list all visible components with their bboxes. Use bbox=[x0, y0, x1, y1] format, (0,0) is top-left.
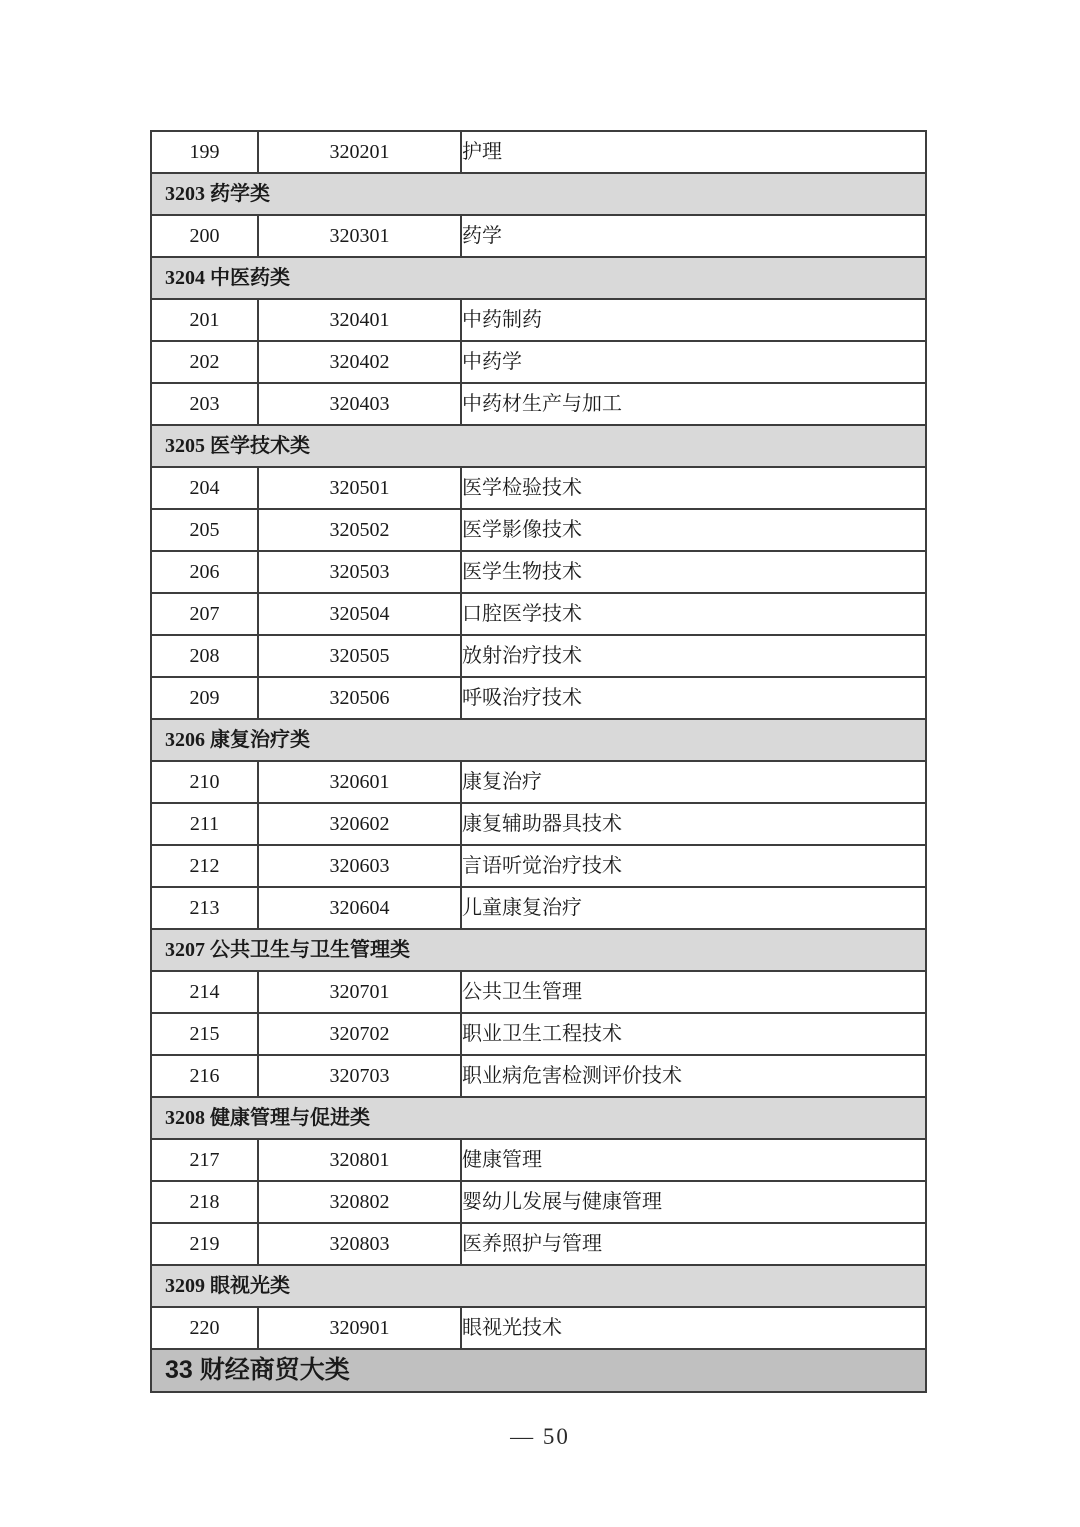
major-code: 320502 bbox=[258, 509, 461, 551]
table-row: 215 320702 职业卫生工程技术 bbox=[151, 1013, 926, 1055]
major-seq-number: 217 bbox=[151, 1139, 258, 1181]
major-code: 320506 bbox=[258, 677, 461, 719]
major-code: 320803 bbox=[258, 1223, 461, 1265]
table-row: 199 320201 护理 bbox=[151, 131, 926, 173]
major-name: 中药学 bbox=[461, 341, 926, 383]
major-seq-number: 207 bbox=[151, 593, 258, 635]
major-seq-number: 210 bbox=[151, 761, 258, 803]
table-row: 204 320501 医学检验技术 bbox=[151, 467, 926, 509]
major-name: 医学影像技术 bbox=[461, 509, 926, 551]
table-row: 219 320803 医养照护与管理 bbox=[151, 1223, 926, 1265]
major-name: 儿童康复治疗 bbox=[461, 887, 926, 929]
table-row: 208 320505 放射治疗技术 bbox=[151, 635, 926, 677]
table-row: 214 320701 公共卫生管理 bbox=[151, 971, 926, 1013]
category-header-label: 3208 健康管理与促进类 bbox=[151, 1097, 926, 1139]
major-name: 呼吸治疗技术 bbox=[461, 677, 926, 719]
table-row: 205 320502 医学影像技术 bbox=[151, 509, 926, 551]
category-header-row: 3205 医学技术类 bbox=[151, 425, 926, 467]
major-code: 320401 bbox=[258, 299, 461, 341]
major-name: 医学生物技术 bbox=[461, 551, 926, 593]
table-row: 212 320603 言语听觉治疗技术 bbox=[151, 845, 926, 887]
table-row: 211 320602 康复辅助器具技术 bbox=[151, 803, 926, 845]
major-seq-number: 220 bbox=[151, 1307, 258, 1349]
major-code: 320602 bbox=[258, 803, 461, 845]
table-row: 202 320402 中药学 bbox=[151, 341, 926, 383]
category-header-row: 3206 康复治疗类 bbox=[151, 719, 926, 761]
major-name: 中药材生产与加工 bbox=[461, 383, 926, 425]
major-code: 320701 bbox=[258, 971, 461, 1013]
major-name: 医养照护与管理 bbox=[461, 1223, 926, 1265]
major-code: 320301 bbox=[258, 215, 461, 257]
major-code: 320802 bbox=[258, 1181, 461, 1223]
major-code: 320703 bbox=[258, 1055, 461, 1097]
major-name: 婴幼儿发展与健康管理 bbox=[461, 1181, 926, 1223]
major-code: 320702 bbox=[258, 1013, 461, 1055]
major-code: 320201 bbox=[258, 131, 461, 173]
major-seq-number: 200 bbox=[151, 215, 258, 257]
major-seq-number: 201 bbox=[151, 299, 258, 341]
major-name: 医学检验技术 bbox=[461, 467, 926, 509]
table-row: 209 320506 呼吸治疗技术 bbox=[151, 677, 926, 719]
category-header-row: 3203 药学类 bbox=[151, 173, 926, 215]
major-code: 320402 bbox=[258, 341, 461, 383]
major-seq-number: 203 bbox=[151, 383, 258, 425]
major-seq-number: 202 bbox=[151, 341, 258, 383]
major-seq-number: 216 bbox=[151, 1055, 258, 1097]
major-seq-number: 218 bbox=[151, 1181, 258, 1223]
major-name: 护理 bbox=[461, 131, 926, 173]
category-header-row: 3209 眼视光类 bbox=[151, 1265, 926, 1307]
category-header-row: 3207 公共卫生与卫生管理类 bbox=[151, 929, 926, 971]
category-header-label: 3209 眼视光类 bbox=[151, 1265, 926, 1307]
page-number: — 50 bbox=[0, 1424, 1080, 1450]
major-name: 公共卫生管理 bbox=[461, 971, 926, 1013]
major-name: 言语听觉治疗技术 bbox=[461, 845, 926, 887]
major-code: 320603 bbox=[258, 845, 461, 887]
major-seq-number: 212 bbox=[151, 845, 258, 887]
major-name: 职业病危害检测评价技术 bbox=[461, 1055, 926, 1097]
table-row: 216 320703 职业病危害检测评价技术 bbox=[151, 1055, 926, 1097]
major-seq-number: 208 bbox=[151, 635, 258, 677]
major-seq-number: 214 bbox=[151, 971, 258, 1013]
major-seq-number: 199 bbox=[151, 131, 258, 173]
majors-table-body: 199 320201 护理 3203 药学类 200 320301 药学 320… bbox=[151, 131, 926, 1392]
major-seq-number: 206 bbox=[151, 551, 258, 593]
major-seq-number: 213 bbox=[151, 887, 258, 929]
table-row: 210 320601 康复治疗 bbox=[151, 761, 926, 803]
major-seq-number: 215 bbox=[151, 1013, 258, 1055]
major-name: 健康管理 bbox=[461, 1139, 926, 1181]
major-code: 320601 bbox=[258, 761, 461, 803]
table-row: 217 320801 健康管理 bbox=[151, 1139, 926, 1181]
major-name: 口腔医学技术 bbox=[461, 593, 926, 635]
major-name: 眼视光技术 bbox=[461, 1307, 926, 1349]
table-row: 213 320604 儿童康复治疗 bbox=[151, 887, 926, 929]
major-seq-number: 219 bbox=[151, 1223, 258, 1265]
major-code: 320403 bbox=[258, 383, 461, 425]
major-seq-number: 209 bbox=[151, 677, 258, 719]
major-name: 职业卫生工程技术 bbox=[461, 1013, 926, 1055]
major-category-header-label: 33 财经商贸大类 bbox=[151, 1349, 926, 1392]
table-row: 201 320401 中药制药 bbox=[151, 299, 926, 341]
majors-table: 199 320201 护理 3203 药学类 200 320301 药学 320… bbox=[150, 130, 927, 1393]
major-name: 康复治疗 bbox=[461, 761, 926, 803]
major-code: 320504 bbox=[258, 593, 461, 635]
table-row: 200 320301 药学 bbox=[151, 215, 926, 257]
category-header-row: 3204 中医药类 bbox=[151, 257, 926, 299]
category-header-label: 3205 医学技术类 bbox=[151, 425, 926, 467]
table-row: 206 320503 医学生物技术 bbox=[151, 551, 926, 593]
major-name: 中药制药 bbox=[461, 299, 926, 341]
major-seq-number: 204 bbox=[151, 467, 258, 509]
table-row: 203 320403 中药材生产与加工 bbox=[151, 383, 926, 425]
table-row: 218 320802 婴幼儿发展与健康管理 bbox=[151, 1181, 926, 1223]
category-header-label: 3204 中医药类 bbox=[151, 257, 926, 299]
category-header-label: 3206 康复治疗类 bbox=[151, 719, 926, 761]
major-code: 320505 bbox=[258, 635, 461, 677]
major-code: 320503 bbox=[258, 551, 461, 593]
table-row: 207 320504 口腔医学技术 bbox=[151, 593, 926, 635]
category-header-row: 3208 健康管理与促进类 bbox=[151, 1097, 926, 1139]
major-category-header-row: 33 财经商贸大类 bbox=[151, 1349, 926, 1392]
table-row: 220 320901 眼视光技术 bbox=[151, 1307, 926, 1349]
major-name: 放射治疗技术 bbox=[461, 635, 926, 677]
major-seq-number: 205 bbox=[151, 509, 258, 551]
major-name: 康复辅助器具技术 bbox=[461, 803, 926, 845]
major-code: 320801 bbox=[258, 1139, 461, 1181]
major-code: 320604 bbox=[258, 887, 461, 929]
major-seq-number: 211 bbox=[151, 803, 258, 845]
major-code: 320501 bbox=[258, 467, 461, 509]
category-header-label: 3207 公共卫生与卫生管理类 bbox=[151, 929, 926, 971]
major-code: 320901 bbox=[258, 1307, 461, 1349]
category-header-label: 3203 药学类 bbox=[151, 173, 926, 215]
major-name: 药学 bbox=[461, 215, 926, 257]
